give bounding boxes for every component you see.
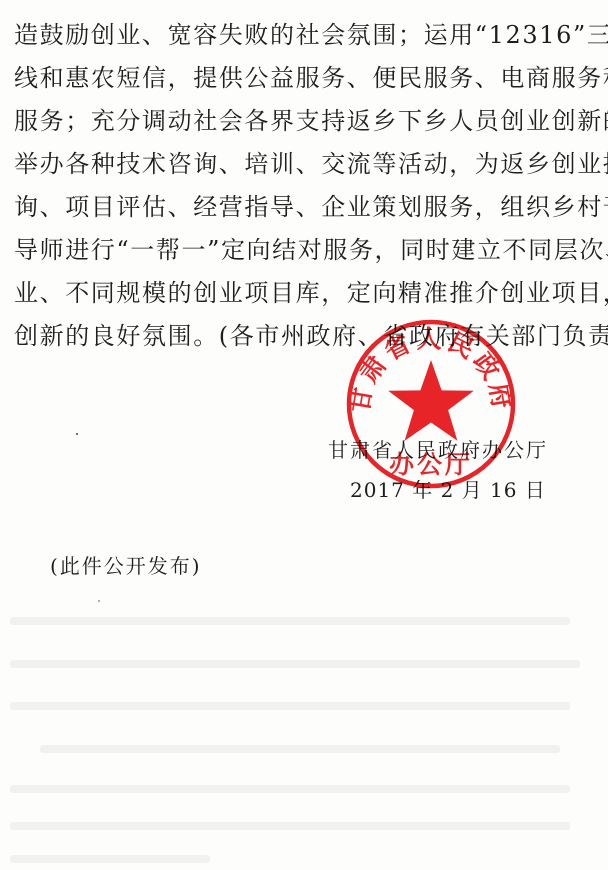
bleed-through xyxy=(10,702,570,710)
bleed-through xyxy=(10,822,570,830)
scan-speck xyxy=(98,600,100,602)
bleed-through xyxy=(40,745,560,753)
body-paragraph: 造鼓励创业、宽容失败的社会氛围；运用“12316”三农服务热 线和惠农短信，提供… xyxy=(14,14,600,358)
body-line: 询、项目评估、经营指导、企业策划服务，组织乡村干部、创业 xyxy=(14,186,600,229)
bleed-through xyxy=(10,785,570,793)
seal-bottom-text: 办公厅 xyxy=(389,450,473,479)
official-seal: 甘肃省人民政府 办公厅 xyxy=(345,318,517,490)
star-icon xyxy=(388,360,474,441)
body-line: 造鼓励创业、宽容失败的社会氛围；运用“12316”三农服务热 xyxy=(14,14,600,57)
publish-note: (此件公开发布) xyxy=(50,552,202,580)
bleed-through xyxy=(10,617,570,625)
body-line: 线和惠农短信，提供公益服务、便民服务、电商服务和培训体验 xyxy=(14,57,600,100)
body-line: 业、不同规模的创业项目库，定向精准推介创业项目，营造创业 xyxy=(14,272,600,315)
body-line: 导师进行“一帮一”定向结对服务，同时建立不同层次、不同行 xyxy=(14,229,600,272)
scan-speck xyxy=(76,433,78,435)
body-line: 服务；充分调动社会各界支持返乡下乡人员创业创新的积极性， xyxy=(14,100,600,143)
body-line: 举办各种技术咨询、培训、交流等活动，为返乡创业提供政策咨 xyxy=(14,143,600,186)
document-page: 造鼓励创业、宽容失败的社会氛围；运用“12316”三农服务热 线和惠农短信，提供… xyxy=(0,0,608,870)
bleed-through xyxy=(10,855,210,863)
bleed-through xyxy=(10,660,580,668)
